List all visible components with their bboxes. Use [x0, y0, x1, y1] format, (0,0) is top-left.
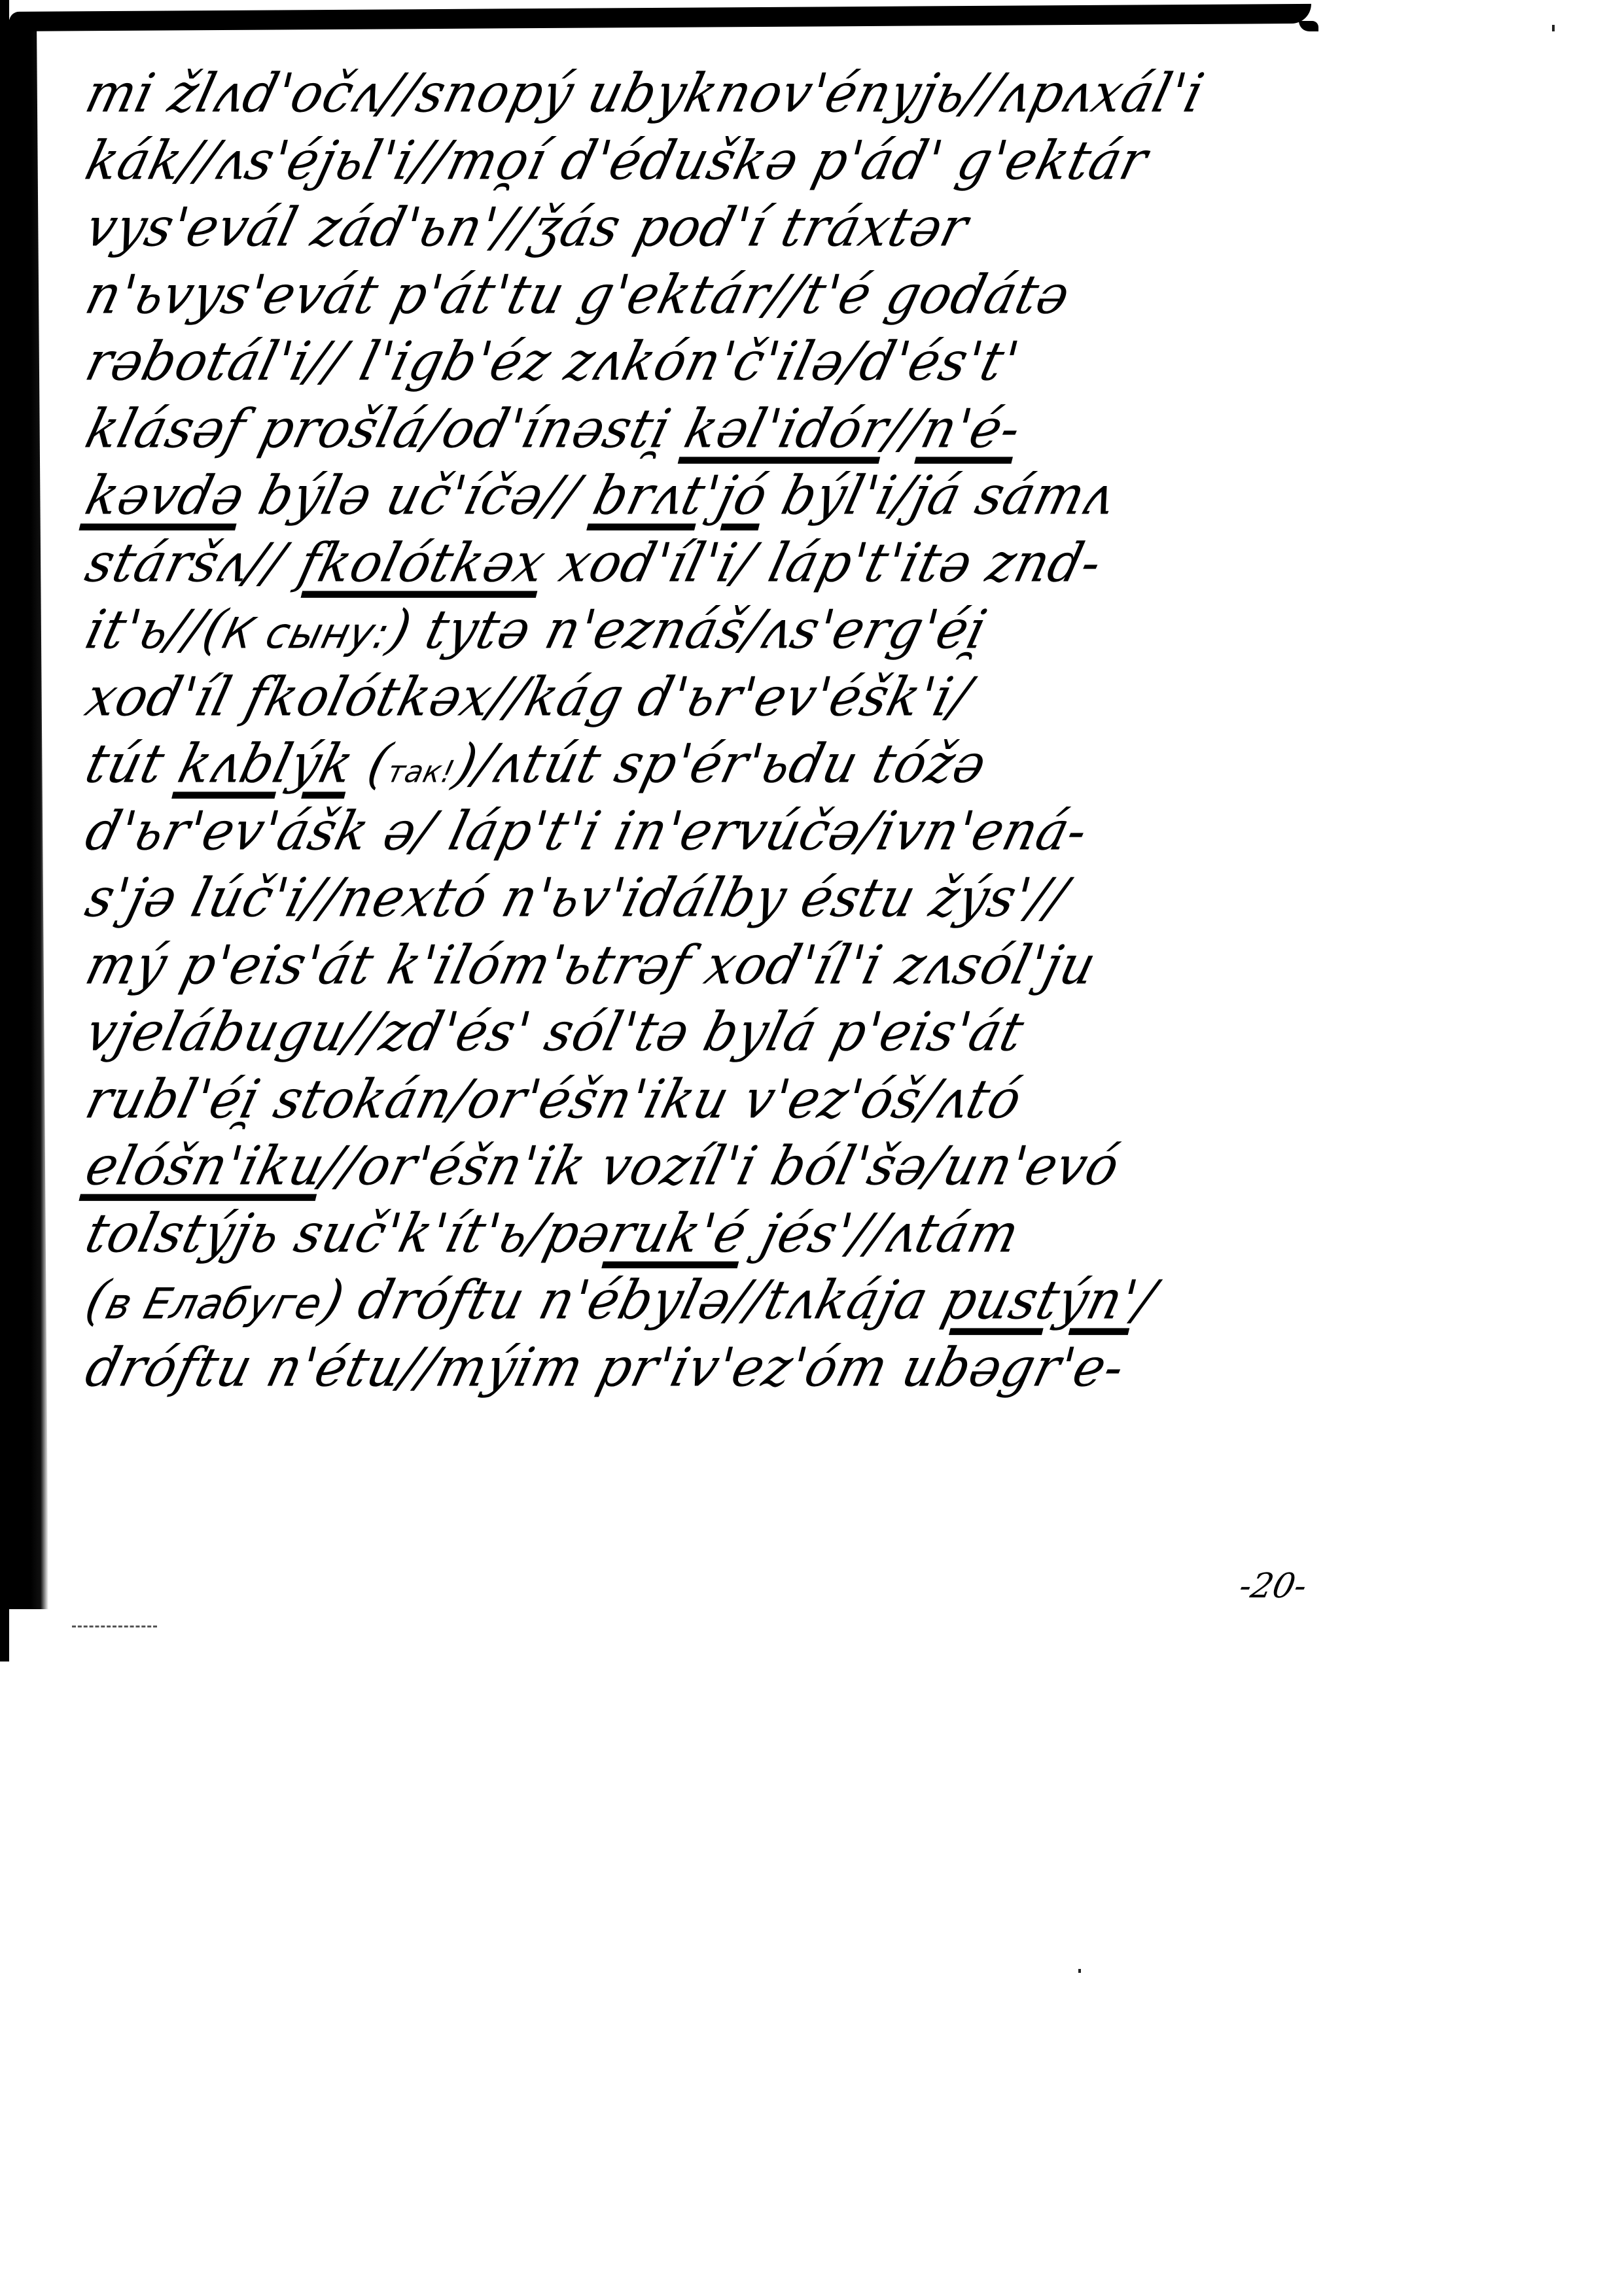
text-line: elóšn'iku//or'éšn'ik vozíl'i ból'šə/un'e… [79, 1132, 1352, 1202]
text-line: vjelábugu//zd'és' sól'tə bylá p'eis'át [79, 998, 1352, 1068]
inline-note: в Елабуге [101, 1279, 328, 1329]
text-segment: kák//ʌs'éjьl'i//mo̯í d'éduškə p'ád' g'ek… [80, 130, 1154, 192]
text-line: n'ьvys'evát p'át'tu g'ektár//t'é godátə [79, 260, 1352, 330]
text-line: vys'evál zád'ьn'//ǯás pod'í tráxtər [79, 193, 1352, 264]
text-segment: dróftu n'étu//mýim pr'iv'ez'óm ubəgr'e- [80, 1337, 1131, 1399]
underlined-word: kəl'idór [679, 398, 894, 461]
text-segment: xod'íl fkolótkəx//kág d'ьr'ev'éšk'i/ [80, 667, 978, 729]
bottom-edge-dashes [72, 1626, 157, 1629]
text-segment: jés'//ʌtám [738, 1203, 1026, 1265]
text-line: tút kʌblýk (так!)/ʌtút sp'ér'ьdu tóžə [79, 729, 1352, 800]
text-line: rubl'éi̯ stokán/or'éšn'iku v'ez'óš/ʌtó [79, 1064, 1352, 1135]
text-segment: vjelábugu//zd'és' sól'tə bylá p'eis'át [80, 1001, 1031, 1064]
underlined-word: fkolótkəx [292, 532, 552, 595]
text-line: (в Елабуге) dróftu n'ébylə//tʌkája pustý… [79, 1266, 1352, 1336]
text-segment: mi žlʌd'očʌ//snopý ubyknov'ényjь//ʌpʌxál… [80, 63, 1210, 125]
text-line: tolstýjь suč'k'ít'ь/pəruk'é jés'//ʌtám [79, 1198, 1352, 1269]
text-segment: ) dróftu n'ébylə//tʌkája [315, 1270, 951, 1332]
underlined-word: elóšn'iku [80, 1136, 332, 1198]
text-line: xod'íl fkolótkəx//kág d'ьr'ev'éšk'i/ [79, 662, 1352, 733]
underlined-word: kəvdə [80, 465, 251, 527]
text-segment: tolstýjь suč'k'ít'ь/pə [80, 1203, 618, 1265]
text-line: it'ь//(К сыну:) tytə n'eznáš/ʌs'erg'éi̯ [79, 595, 1352, 666]
handwritten-text-block: mi žlʌd'očʌ//snopý ubyknov'ényjь//ʌpʌxál… [79, 62, 1335, 1403]
text-line: klásəf prošlá/od'ínəsti̯ kəl'idór//n'é- [79, 394, 1352, 464]
text-segment: býlə uč'íčə// [236, 465, 603, 527]
text-line: mý p'eis'át k'ilóm'ьtrəf xod'íl'i zʌsól'… [79, 930, 1352, 1001]
text-segment: it'ь//( [80, 599, 233, 661]
underlined-word: ruk'é [603, 1203, 754, 1265]
text-segment: s'jə lúč'i//nextó n'ьv'idálby éstu žýs'/… [80, 867, 1074, 930]
underlined-word: n'é- [915, 398, 1027, 461]
binding-edge [0, 0, 9, 1661]
underlined-word: pustýn' [936, 1270, 1144, 1332]
underlined-word: brʌt'jó [587, 465, 774, 527]
text-segment: //or'éšn'ik vozíl'i ból'šə/un'evó [316, 1136, 1126, 1198]
text-segment: n'ьvys'evát p'át'tu g'ektár//t'é godátə [80, 264, 1076, 326]
text-segment: tút [80, 733, 188, 795]
inline-note: К сыну: [218, 608, 395, 659]
text-line: d'ьr'ev'ášk ə/ láp't'i in'ervúčə/ivn'ená… [79, 796, 1352, 867]
text-segment: )/ʌtút sp'ér'ьdu tóžə [448, 733, 993, 795]
page-number: -20- [1236, 1567, 1311, 1606]
text-segment: d'ьr'ev'ášk ə/ láp't'i in'ervúčə/ivn'ená… [80, 801, 1094, 863]
text-line: kəvdə býlə uč'íčə// brʌt'jó býl'i/já sám… [79, 461, 1352, 532]
binding-shadow [9, 20, 48, 1609]
top-page-border [9, 4, 1311, 31]
text-line: stáršʌ// fkolótkəx xod'íl'i/ láp't'itə z… [79, 528, 1352, 599]
text-segment: xod'íl'i/ láp't'itə znd- [537, 532, 1108, 595]
text-segment: ) tytə n'eznáš/ʌs'erg'éi̯ [382, 599, 993, 661]
top-page-border-tip [1299, 21, 1318, 31]
text-line: dróftu n'étu//mýim pr'iv'ez'óm ubəgr'e- [79, 1332, 1352, 1403]
text-line: mi žlʌd'očʌ//snopý ubyknov'ényjь//ʌpʌxál… [79, 59, 1352, 130]
inline-note: так! [383, 755, 458, 790]
text-line: s'jə lúč'i//nextó n'ьv'idálby éstu žýs'/… [79, 863, 1352, 934]
text-segment: stáršʌ// [80, 532, 308, 595]
text-segment: býl'i/já sámʌ [759, 465, 1121, 527]
stray-mark [1078, 1969, 1081, 1973]
text-segment: klásəf prošlá/od'ínəsti̯ [80, 398, 694, 461]
scanned-page: mi žlʌd'očʌ//snopý ubyknov'ényjь//ʌpʌxál… [0, 0, 1607, 2296]
text-segment: rəbotál'i// l'igb'éz zʌkón'č'ilə/d'és't' [80, 331, 1025, 392]
text-segment: vys'evál zád'ьn'//ǯás pod'í tráxtər [80, 197, 975, 258]
stray-mark [1552, 25, 1555, 31]
text-line: rəbotál'i// l'igb'éz zʌkón'č'ilə/d'és't' [79, 327, 1352, 398]
text-line: kák//ʌs'éjьl'i//mo̯í d'éduškə p'ád' g'ek… [79, 126, 1352, 196]
underlined-word: kʌblýk [172, 733, 360, 795]
text-segment: mý p'eis'át k'ilóm'ьtrəf xod'íl'i zʌsól'… [80, 935, 1103, 997]
text-segment: rubl'éi̯ stokán/or'éšn'iku v'ez'óš/ʌtó [80, 1069, 1029, 1131]
